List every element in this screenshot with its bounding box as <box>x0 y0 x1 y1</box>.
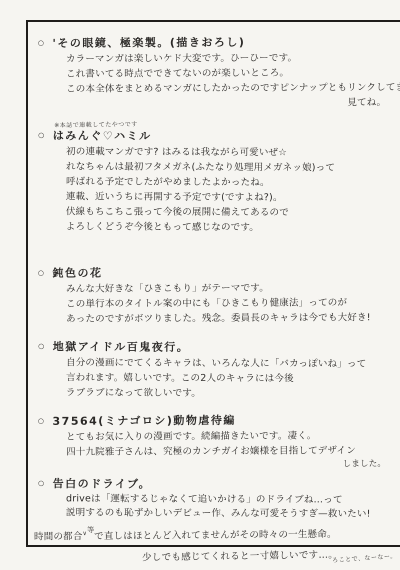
text-line: しました。 <box>38 458 400 472</box>
text-line: 説明するのも恥ずかしいデビュー作、みんな可愛そうすぎ—救いたい! <box>38 506 400 521</box>
text-line: 伏線もちこちこ張って今後の展開に備えてあるので <box>38 204 400 221</box>
section-title: 地獄アイドル百鬼夜行。 <box>53 340 190 354</box>
section-humming-hamil: ※本誌で連載してたやつです ○はみんぐ♡ハミル 初の連載マンガです? はみるは我… <box>38 119 400 236</box>
section-heading: ○告白のドライブ。 <box>38 475 400 494</box>
section-title: 37564(ミナゴロシ)動物虐待編 <box>52 414 235 428</box>
section-title: はみんぐ♡ハミル <box>53 129 152 142</box>
text-line: この本全体をまとめるマンガにしたかったのですピンナップともリンクしてますので <box>38 80 400 97</box>
footer-remark-post: で直しはほとんど入れてませんがその時々の一生懸命。 <box>94 529 337 542</box>
section-nibiiro-no-hana: ○鈍色の花 みんな大好きな「ひきこもり」がテーマです。 この単行本のタイトル案の… <box>38 263 400 327</box>
section-title: 鈍色の花 <box>52 267 102 280</box>
section-heading: ○鈍色の花 <box>38 263 400 282</box>
text-line: よろしくどうぞ今後ともって感じなのです。 <box>38 219 400 236</box>
circle-bullet-icon: ○ <box>38 131 46 139</box>
closing-remark: 少しでも感じてくれると一寸嬉しいです…。 <box>142 547 338 564</box>
footer-remark-pre: 時間の都合 <box>34 531 83 542</box>
text-line: 初の連載マンガです? はみるは我ながら可愛いぜ☆ <box>38 144 400 161</box>
border-frame: ○'その眼鏡、極楽製。(描きおろし) カラーマンガは楽しいケド大変です。ひーひー… <box>26 20 400 547</box>
text-line: あったのですがボツりました。残念。委員長のキャラは今でも大好き! <box>38 310 400 327</box>
section-heading: ○はみんぐ♡ハミル <box>38 127 400 146</box>
section-title: 告白のドライブ。 <box>53 477 152 490</box>
section-jigoku-idol: ○地獄アイドル百鬼夜行。 自分の漫画にでてくるキャラは、いろんな人に「バカっぽい… <box>38 338 400 402</box>
text-line: れなちゃんは最初フタメガネ(ふたなり処理用メガネッ娘)って <box>38 159 400 176</box>
circle-bullet-icon: ○ <box>38 269 46 277</box>
circle-bullet-icon: ○ <box>38 342 46 350</box>
text-line: driveは「運転するじゃなくて追いかける」のドライブね…って <box>38 492 400 507</box>
circle-bullet-icon: ○ <box>38 417 46 425</box>
text-line: 連載、近いうちに再開する予定です(ですよね?)。 <box>38 189 400 206</box>
circle-bullet-icon: ○ <box>38 479 46 487</box>
section-heading: ○37564(ミナゴロシ)動物虐待編 <box>38 411 400 430</box>
signoff-scribble: ろことで、なーなー。 <box>332 551 397 564</box>
section-heading: ○'その眼鏡、極楽製。(描きおろし) <box>38 33 400 52</box>
section-title: 'その眼鏡、極楽製。(描きおろし) <box>52 36 245 50</box>
circle-bullet-icon: ○ <box>38 39 46 47</box>
text-line: 言われます。嬉しいです。この2人のキャラには今後 <box>38 370 400 387</box>
section-37564: ○37564(ミナゴロシ)動物虐待編 とてもお気に入りの漫画です。続編描きたいで… <box>38 411 400 472</box>
section-kokuhaku-no-drive: ○告白のドライブ。 driveは「運転するじゃなくて追いかける」のドライブね…っ… <box>38 475 400 521</box>
section-sono-megane: ○'その眼鏡、極楽製。(描きおろし) カラーマンガは楽しいケド大変です。ひーひー… <box>38 33 400 112</box>
section-heading: ○地獄アイドル百鬼夜行。 <box>38 338 400 357</box>
footer-remark: 時間の都合∨等で直しはほとんど入れてませんがその時々の一生懸命。 <box>34 520 400 544</box>
text-line: 呼ばれる予定でしたがやめましたよかったね。 <box>38 174 400 191</box>
text-line: 自分の漫画にでてくるキャラは、いろんな人に「バカっぽいね」って <box>38 355 400 372</box>
text-line: ラブラブになって欲しいです。 <box>38 385 400 402</box>
text-line: 見てね。 <box>38 95 400 112</box>
